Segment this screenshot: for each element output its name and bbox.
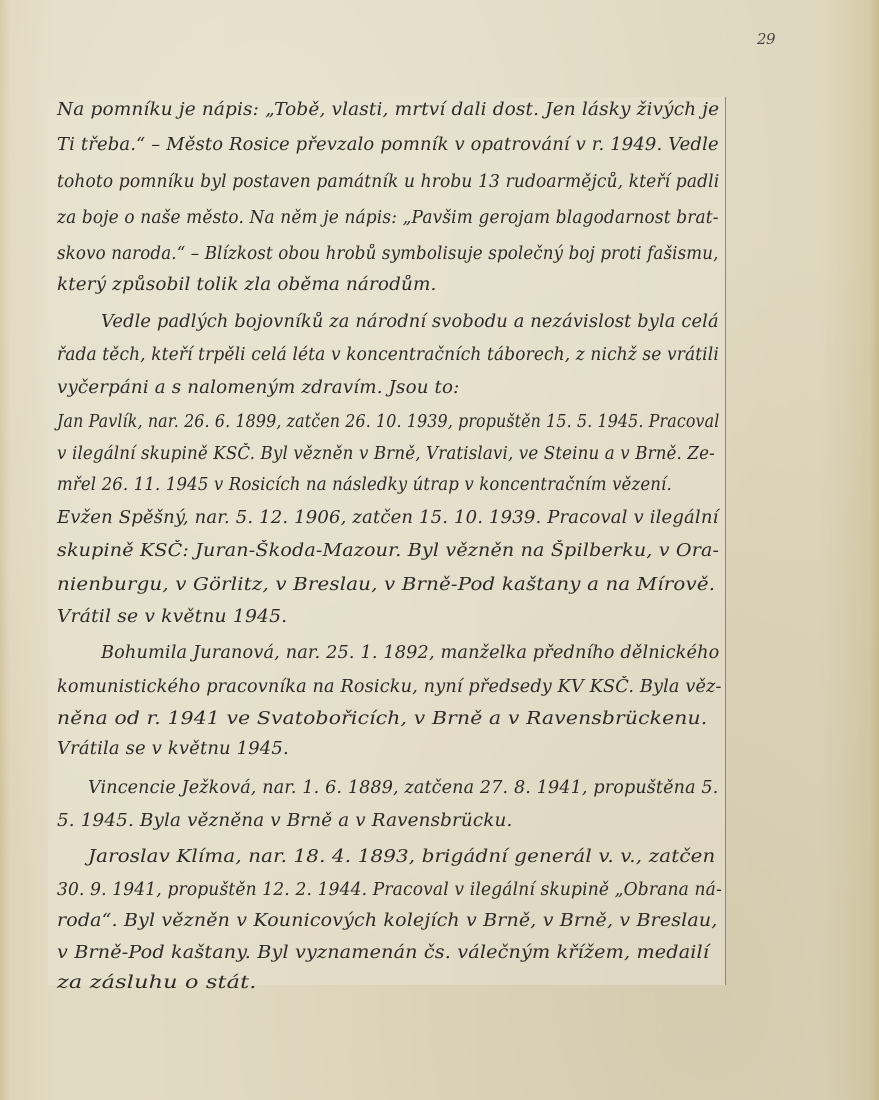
handwritten-line: který způsobil tolik zla oběma národům. <box>57 275 436 295</box>
handwritten-line: nienburgu, v Görlitz, v Breslau, v Brně-… <box>57 575 715 595</box>
handwritten-line: něna od r. 1941 ve Svatobořicích, v Brně… <box>57 709 707 729</box>
handwritten-line: vyčerpáni a s nalomeným zdravím. Jsou to… <box>57 378 459 398</box>
handwritten-line: roda“. Byl vězněn v Kounicových kolejích… <box>57 911 717 931</box>
handwritten-line: Vedle padlých bojovníků za národní svobo… <box>101 312 719 332</box>
handwritten-line: Ti třeba.“ – Město Rosice převzalo pomní… <box>57 135 719 155</box>
handwritten-line: řada těch, kteří trpěli celá léta v konc… <box>57 345 719 365</box>
handwritten-text-block: Na pomníku je nápis: „Tobě, vlasti, mrtv… <box>0 0 879 1100</box>
handwritten-line: Vrátil se v květnu 1945. <box>57 607 287 627</box>
handwritten-line: Vincencie Ježková, nar. 1. 6. 1889, zatč… <box>88 778 718 798</box>
handwritten-line: Evžen Spěšný, nar. 5. 12. 1906, zatčen 1… <box>57 508 719 528</box>
handwritten-line: za zásluhu o stát. <box>57 973 257 993</box>
handwritten-line: 5. 1945. Byla vězněna v Brně a v Ravensb… <box>57 811 512 831</box>
handwritten-line: Jaroslav Klíma, nar. 18. 4. 1893, brigád… <box>88 847 715 867</box>
handwritten-line: v Brně-Pod kaštany. Byl vyznamenán čs. v… <box>57 943 709 963</box>
handwritten-line: skupině KSČ: Juran-Škoda-Mazour. Byl věz… <box>57 541 719 561</box>
handwritten-line: 30. 9. 1941, propuštěn 12. 2. 1944. Prac… <box>57 880 722 900</box>
handwritten-line: Vrátila se v květnu 1945. <box>57 739 289 759</box>
handwritten-line: Na pomníku je nápis: „Tobě, vlasti, mrtv… <box>57 100 719 120</box>
handwritten-line: mřel 26. 11. 1945 v Rosicích na následky… <box>57 475 672 495</box>
handwritten-line: tohoto pomníku byl postaven památník u h… <box>57 172 719 192</box>
handwritten-line: za boje o naše město. Na něm je nápis: „… <box>57 208 719 228</box>
handwritten-line: Jan Pavlík, nar. 26. 6. 1899, zatčen 26.… <box>57 412 719 432</box>
handwritten-line: v ilegální skupině KSČ. Byl vězněn v Brn… <box>57 444 715 464</box>
handwritten-line: skovo naroda.“ – Blízkost obou hrobů sym… <box>57 244 719 264</box>
handwritten-line: komunistického pracovníka na Rosicku, ny… <box>57 677 722 697</box>
handwritten-line: Bohumila Juranová, nar. 25. 1. 1892, man… <box>101 643 719 663</box>
